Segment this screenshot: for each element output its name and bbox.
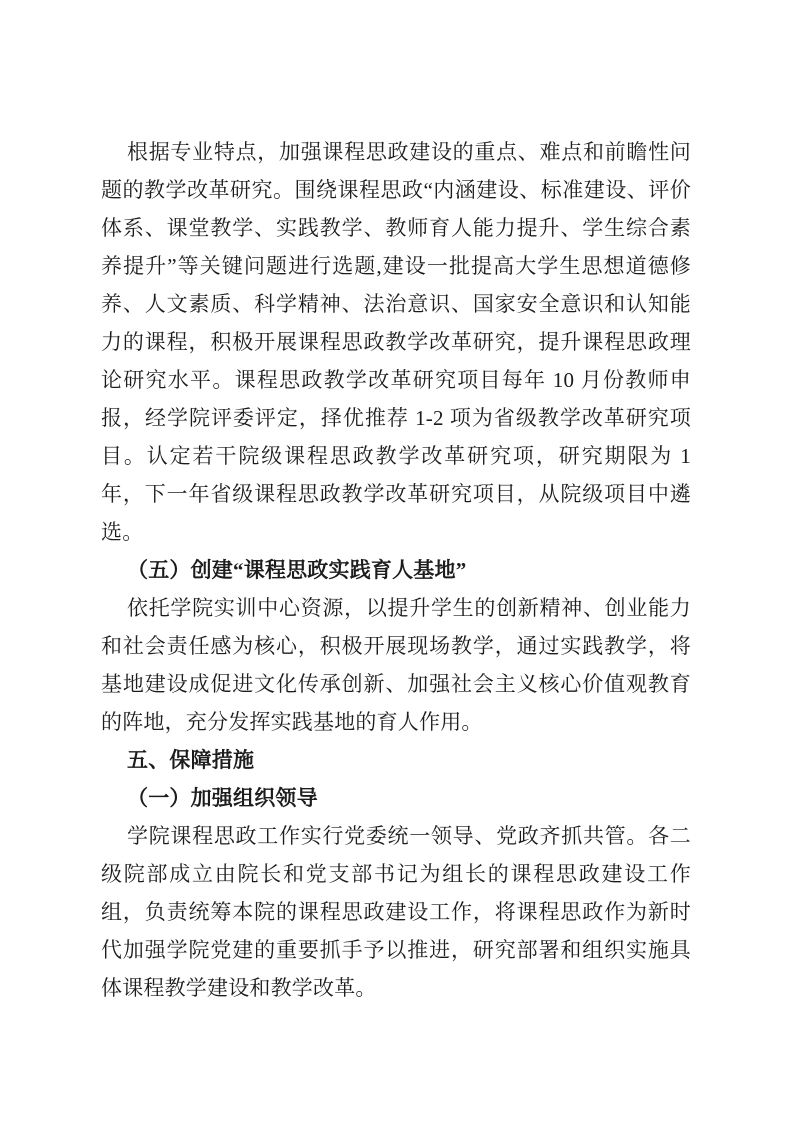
- heading-section-5-practice-base: （五）创建“课程思政实践育人基地”: [101, 551, 691, 589]
- document-page: 根据专业特点，加强课程思政建设的重点、难点和前瞻性问题的教学改革研究。围绕课程思…: [0, 0, 794, 1122]
- body-paragraph-reform-research: 根据专业特点，加强课程思政建设的重点、难点和前瞻性问题的教学改革研究。围绕课程思…: [101, 133, 691, 551]
- document-page-background: { "page": { "background_color": "#ffffff…: [0, 0, 794, 1122]
- document-text-block: 根据专业特点，加强课程思政建设的重点、难点和前瞻性问题的教学改革研究。围绕课程思…: [101, 133, 691, 1007]
- body-paragraph-leadership: 学院课程思政工作实行党委统一领导、党政齐抓共管。各二级院部成立由院长和党支部书记…: [101, 817, 691, 1007]
- heading-chapter-5-safeguards: 五、保障措施: [101, 741, 691, 779]
- body-paragraph-practice-base: 依托学院实训中心资源，以提升学生的创新精神、创业能力和社会责任感为核心，积极开展…: [101, 589, 691, 741]
- heading-subsection-1-leadership: （一）加强组织领导: [101, 779, 691, 817]
